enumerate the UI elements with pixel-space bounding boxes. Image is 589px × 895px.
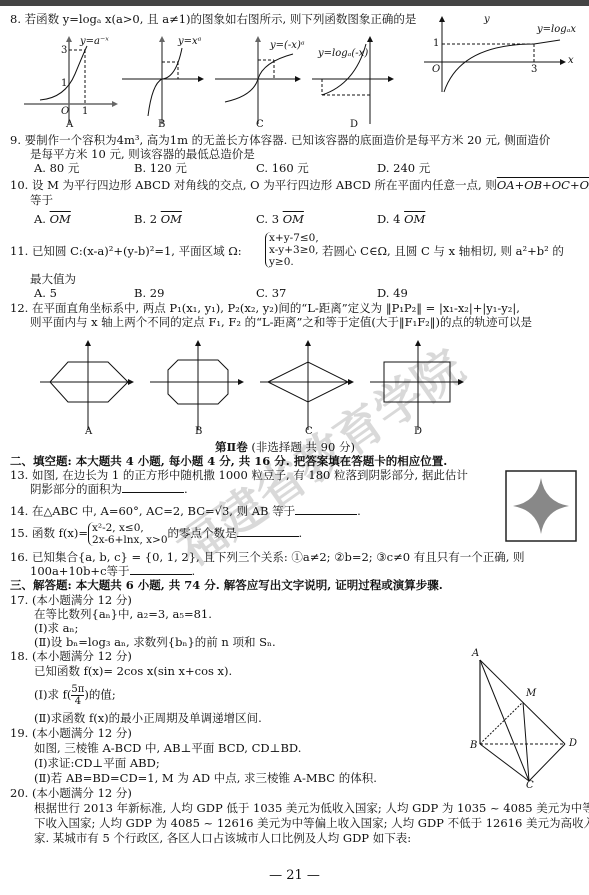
q8-graph-a — [20, 34, 120, 124]
q11-option-b: B. 29 — [134, 286, 164, 300]
q17-part-2: (Ⅱ)设 bₙ=log₃ aₙ, 求数列{bₙ}的前 n 项和 Sₙ. — [34, 635, 276, 649]
q8-a-label: A — [66, 119, 73, 130]
q13-answer-blank[interactable] — [122, 482, 184, 493]
q12-label-d: D — [414, 426, 422, 437]
q15-answer-blank[interactable] — [237, 526, 299, 537]
q12-label-a: A — [85, 426, 92, 437]
q10-a-prefix: A. — [34, 212, 50, 226]
q19-label-m: M — [526, 688, 536, 699]
q20-line-1: 根据世行 2013 年新标准, 人均 GDP 低于 1035 美元为低收入国家;… — [34, 801, 589, 815]
q11-stem-pre: 11. 已知圆 C:(x-a)²+(y-b)²=1, 平面区域 Ω: — [10, 244, 242, 258]
q16-line-1: 16. 已知集合{a, b, c} = {0, 1, 2}, 且下列三个关系: … — [10, 550, 525, 564]
q10-stem-1: 10. 设 M 为平行四边形 ABCD 对角线的交点, O 为平行四边形 ABC… — [10, 178, 589, 192]
q18-header: 18. (本小题满分 12 分) — [10, 649, 132, 663]
q17-line-1: 在等比数列{aₙ}中, a₂=3, a₅=81. — [34, 607, 212, 621]
q8-a-tick-3: 3 — [61, 45, 67, 56]
q20-line-2: 下收入国家; 人均 GDP 为 4085 ~ 12616 美元为中等偏上收入国家… — [34, 816, 589, 830]
q11-ineq-2: x-y+3≥0, — [269, 244, 319, 256]
q12-stem-2: 则平面内与 x 轴上两个不同的定点 F₁, F₂ 的“L-距离”之和等于定值(大… — [30, 315, 532, 329]
q16-answer-blank[interactable] — [130, 564, 192, 575]
q20-header: 20. (本小题满分 12 分) — [10, 786, 132, 800]
q8-b-curve-label: y=xᵃ — [178, 36, 201, 47]
q10-a-vec: OM — [50, 212, 71, 226]
q18-frac-den: 4 — [71, 696, 84, 707]
q11-stem-2: 最大值为 — [30, 272, 76, 286]
q11-ineq-1: x+y-7≤0, — [269, 232, 319, 244]
q18-part-2: (Ⅱ)求函数 f(x)的最小正周期及单调递增区间. — [34, 711, 262, 725]
q9-stem-1: 9. 要制作一个容积为4m³, 高为1m 的无盖长方体容器. 已知该容器的底面造… — [10, 133, 550, 147]
q11-option-c: C. 37 — [256, 286, 286, 300]
q8-a-origin: O — [61, 106, 69, 117]
part2-title: 第Ⅱ卷 (非选择题 共 90 分) — [215, 440, 355, 454]
q19-line-1: 如图, 三棱锥 A-BCD 中, AB⊥平面 BCD, CD⊥BD. — [34, 741, 301, 755]
q8-stem: 8. 若函数 y=logₐ x(a>0, 且 a≠1)的图象如右图所示, 则下列… — [10, 12, 416, 26]
q19-label-a: A — [472, 648, 479, 659]
q8-a-tick-1y: 1 — [61, 78, 67, 89]
q17-part-1: (Ⅰ)求 aₙ; — [34, 621, 78, 635]
q15-case-1: x²-2, x≤0, — [92, 522, 168, 534]
q16-end: . — [192, 564, 196, 578]
q18-line-1: 已知函数 f(x)= 2cos x(sin x+cos x). — [34, 664, 232, 678]
q12-stem-1: 12. 在平面直角坐标系中, 两点 P₁(x₁, y₁), P₂(x₂, y₂)… — [10, 301, 520, 315]
q10-d-prefix: D. 4 — [377, 212, 404, 226]
section3-header: 三、解答题: 本大题共 6 小题, 共 74 分. 解答应写出文字说明, 证明过… — [10, 578, 443, 592]
q14-line: 14. 在△ABC 中, A=60°, AC=2, BC=√3, 则 AB 等于… — [10, 504, 361, 518]
q19-part-2: (Ⅱ)若 AB=BD=CD=1, M 为 AD 中点, 求三棱锥 A-MBC 的… — [34, 771, 377, 785]
q10-option-b: B. 2 OM — [134, 212, 182, 226]
q19-label-b: B — [470, 740, 477, 751]
q10-option-d: D. 4 OM — [377, 212, 425, 226]
q10-b-prefix: B. 2 — [134, 212, 161, 226]
q11-stem-post: 若圆心 C∈Ω, 且圆 C 与 x 轴相切, 则 a²+b² 的 — [322, 244, 564, 258]
q10-option-c: C. 3 OM — [256, 212, 304, 226]
q9-option-d: D. 240 元 — [377, 161, 430, 175]
q13-square-figure — [505, 470, 577, 542]
q12-graph-b — [146, 340, 246, 430]
q9-option-a: A. 80 元 — [34, 161, 79, 175]
q19-pyramid-figure — [470, 650, 580, 790]
section2-header: 二、填空题: 本大题共 4 小题, 每小题 4 分, 共 16 分. 把答案填在… — [10, 454, 447, 468]
q18-part-1: (Ⅰ)求 f(5π4)的值; — [34, 684, 116, 707]
q18-frac-num: 5π — [71, 684, 84, 696]
q8-d-label: D — [350, 119, 358, 130]
q8-c-label: C — [256, 119, 264, 130]
q12-label-c: C — [305, 426, 313, 437]
q8-ref-tick-y: 1 — [433, 38, 439, 49]
q19-label-c: C — [526, 780, 534, 791]
q10-c-prefix: C. 3 — [256, 212, 283, 226]
q16-line-2: 100a+10b+c等于. — [30, 564, 195, 578]
part2-title-main: 第Ⅱ卷 — [215, 440, 248, 454]
q15-line: 15. 函数 f(x)=x²-2, x≤0,2x-6+lnx, x>0的零点个数… — [10, 522, 302, 546]
q8-ref-tick-x: 3 — [531, 64, 537, 75]
q8-d-curve-label: y=logₐ(-x) — [318, 48, 368, 59]
q17-header: 17. (本小题满分 12 分) — [10, 593, 132, 607]
q12-graph-a — [36, 340, 136, 430]
q9-option-b: B. 120 元 — [134, 161, 187, 175]
q8-graph-b — [120, 34, 210, 124]
q10-option-a: A. OM — [34, 212, 71, 226]
q14-text: 14. 在△ABC 中, A=60°, AC=2, BC=√3, 则 AB 等于 — [10, 504, 295, 518]
q9-option-c: C. 160 元 — [256, 161, 309, 175]
q12-label-b: B — [195, 426, 202, 437]
q10-b-vec: OM — [161, 212, 182, 226]
q13-line-1: 13. 如图, 在边长为 1 的正方形中随机撒 1000 粒豆子, 有 180 … — [10, 468, 468, 482]
q14-answer-blank[interactable] — [295, 504, 357, 515]
q11-option-d: D. 49 — [377, 286, 408, 300]
q13-end: . — [184, 482, 188, 496]
q8-a-curve-label: y=a⁻ˣ — [80, 36, 109, 47]
q18-part1-pre: (Ⅰ)求 f( — [34, 688, 71, 702]
q10-d-vec: OM — [404, 212, 425, 226]
q8-ref-origin: O — [432, 64, 440, 75]
q18-part1-post: )的值; — [84, 688, 115, 702]
q8-a-tick-1x: 1 — [82, 106, 88, 117]
q9-stem-2: 是每平方米 10 元, 则该容器的最低总造价是 — [30, 147, 255, 161]
q14-end: . — [357, 504, 361, 518]
page-number: — 21 — — [0, 868, 589, 883]
q15-case-2: 2x-6+lnx, x>0 — [92, 534, 168, 546]
q19-part-1: (Ⅰ)求证:CD⊥平面 ABD; — [34, 756, 160, 770]
q15-pre: 15. 函数 f(x)= — [10, 526, 88, 540]
q13-line-2: 阴影部分的面积为. — [30, 482, 188, 496]
top-border — [0, 0, 589, 6]
q11-ineq-3: y≥0. — [269, 256, 319, 268]
q8-ref-y-label: y — [484, 14, 490, 25]
q19-header: 19. (本小题满分 12 分) — [10, 726, 132, 740]
q8-b-label: B — [158, 119, 165, 130]
q10-stem-text: 10. 设 M 为平行四边形 ABCD 对角线的交点, O 为平行四边形 ABC… — [10, 178, 497, 192]
q15-end: . — [299, 526, 303, 540]
q18-fraction: 5π4 — [71, 684, 84, 707]
q12-graph-c — [256, 340, 356, 430]
q19-label-d: D — [569, 738, 577, 749]
q10-vector-sum: OA+OB+OC+OD — [497, 178, 589, 192]
q20-line-3: 家. 某城市有 5 个行政区, 各区人口占该城市人口比例及人均 GDP 如下表: — [34, 831, 411, 845]
q10-stem-2: 等于 — [30, 193, 53, 207]
q11-option-a: A. 5 — [34, 286, 57, 300]
q15-post: 的零点个数是 — [168, 526, 237, 540]
q12-graph-d — [366, 340, 466, 430]
q16-text: 100a+10b+c等于 — [30, 564, 130, 578]
q10-c-vec: OM — [283, 212, 304, 226]
q11-system: x+y-7≤0, x-y+3≥0, y≥0. — [265, 232, 319, 268]
part2-subtitle: (非选择题 共 90 分) — [251, 440, 355, 454]
q13-text: 阴影部分的面积为 — [30, 482, 122, 496]
q8-ref-x-label: x — [568, 55, 574, 66]
q8-ref-curve-label: y=logₐx — [537, 24, 576, 35]
q15-cases: x²-2, x≤0,2x-6+lnx, x>0 — [88, 522, 168, 546]
q8-c-curve-label: y=(-x)ᵃ — [270, 40, 305, 51]
